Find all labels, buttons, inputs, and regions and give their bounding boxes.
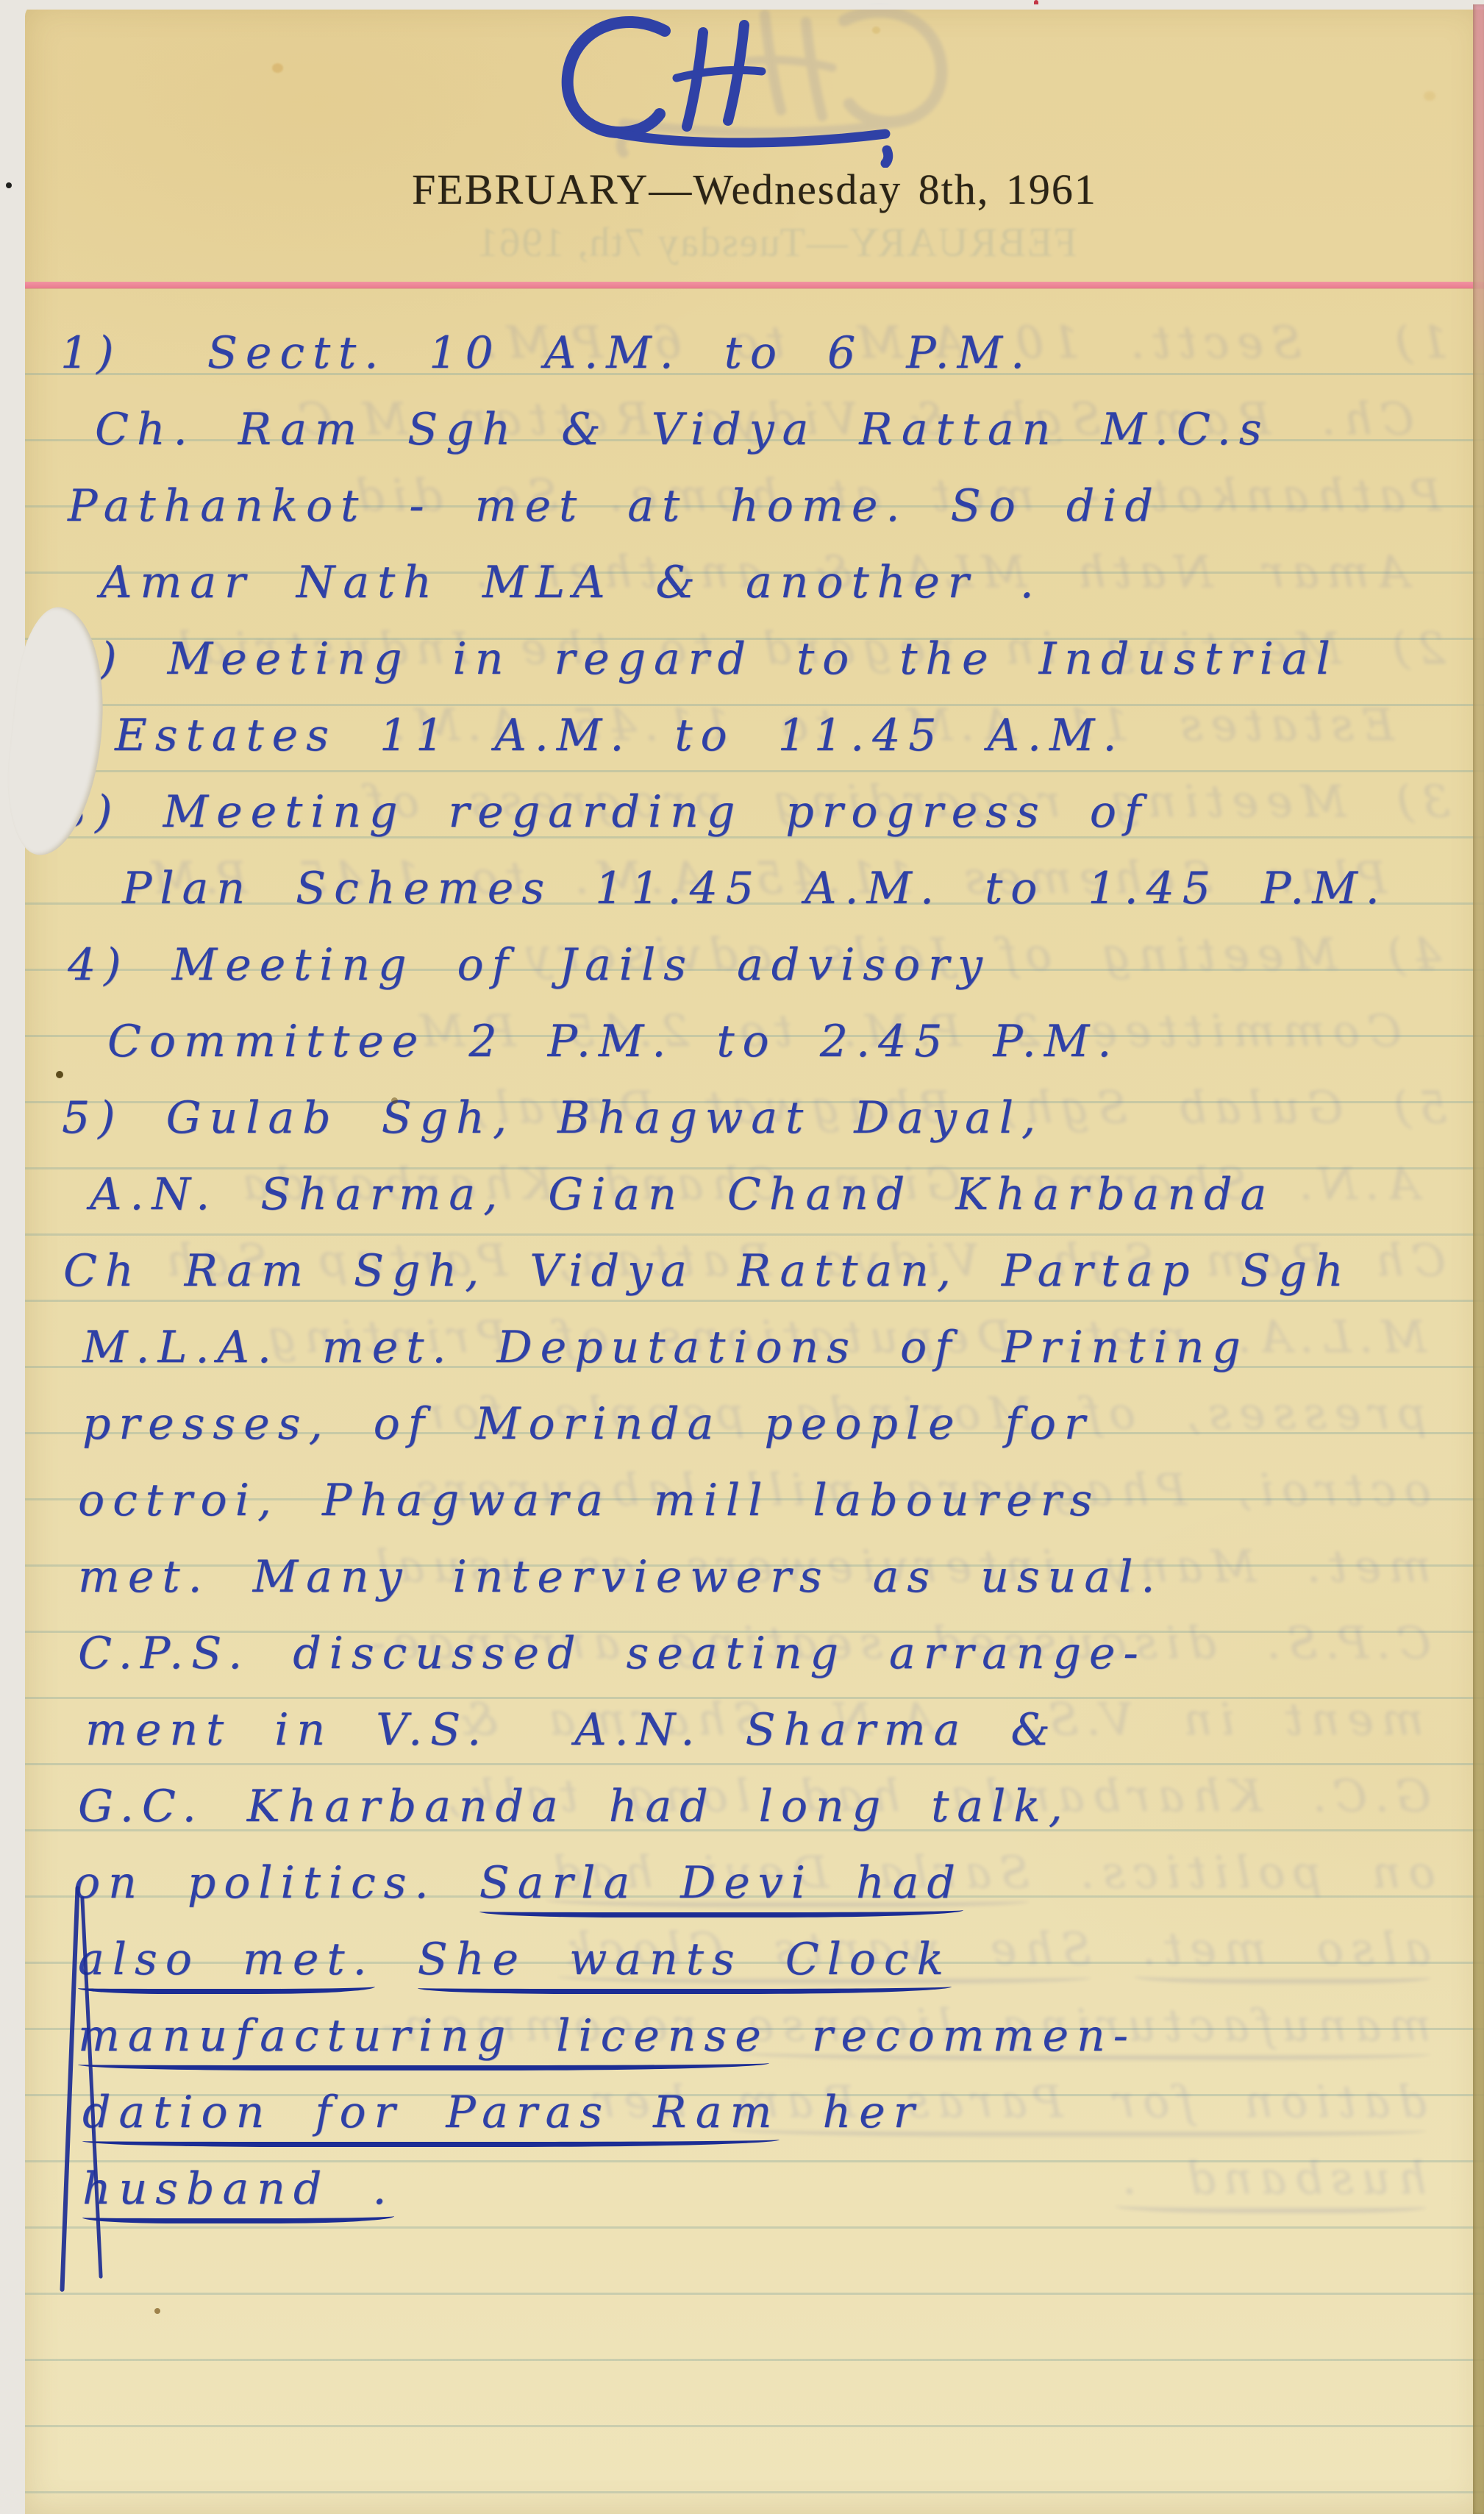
handwritten-line: Ch. Ram Sgh & Vidya Rattan M.C.s [95,396,1269,472]
scan-background: { "document": { "monogram": "CH.", "prin… [0,0,1484,2514]
handwritten-line: G.C. Kharbanda had long talk, [78,1773,1071,1849]
diary-page: 1) Sectt. 10 A.M. to 6 P.M.Ch. Ram Sgh &… [25,4,1484,2514]
monogram-ch-icon [510,6,952,168]
scan-edge [25,4,1484,10]
page-edge [1473,4,1484,2514]
handwritten-line: A.N. Sharma, Gian Chand Kharbanda [90,1161,1274,1237]
handwritten-line: husband . [82,2155,394,2232]
handwritten-line: Plan Schemes 11.45 A.M. to 1.45 P.M. [122,855,1388,931]
handwritten-line: dation for Paras Ram her [82,2079,922,2155]
handwritten-line: 4) Meeting of Jails advisory [68,931,991,1008]
handwritten-line: M.L.A. met. Deputations of Printing [82,1314,1249,1390]
handwritten-line: ment in V.S. A.N. Sharma & [85,1696,1058,1773]
handwritten-line: Estates 11 A.M. to 11.45 A.M. [115,702,1124,778]
handwritten-line: presses, of Morinda people for [82,1390,1094,1467]
handwritten-line: 1) Sectt. 10 A.M. to 6 P.M. [60,319,1032,396]
handwritten-line: met. Many interviewers as usual. [78,1543,1163,1620]
handwritten-line: Ch Ram Sgh, Vidya Rattan, Partap Sgh [63,1237,1352,1314]
handwritten-line: also met. She wants Clock [78,1926,952,2002]
handwritten-line: 5) Gulab Sgh, Bhagwat Dayal, [62,1084,1044,1161]
handwritten-line: manufacturing license recommen- [78,2002,1136,2079]
handwritten-line: Committee 2 P.M. to 2.45 P.M. [107,1008,1119,1084]
handwritten-line: 3) Meeting regarding progress of [59,778,1149,855]
ink-speck [6,182,12,188]
handwritten-line: C.P.S. discussed seating arrange- [78,1620,1146,1696]
handwriting-layer: 1) Sectt. 10 A.M. to 6 P.M.Ch. Ram Sgh &… [25,4,1484,2514]
handwritten-line: octroi, Phagwara mill labourers [78,1467,1100,1543]
handwritten-line: Amar Nath MLA & another . [100,549,1042,625]
handwritten-line: 2) Meeting in regard to the Industrial [63,625,1338,702]
handwritten-line: on politics. Sarla Devi had [74,1849,963,1926]
handwritten-line: Pathankot - met at home. So did [68,472,1161,549]
